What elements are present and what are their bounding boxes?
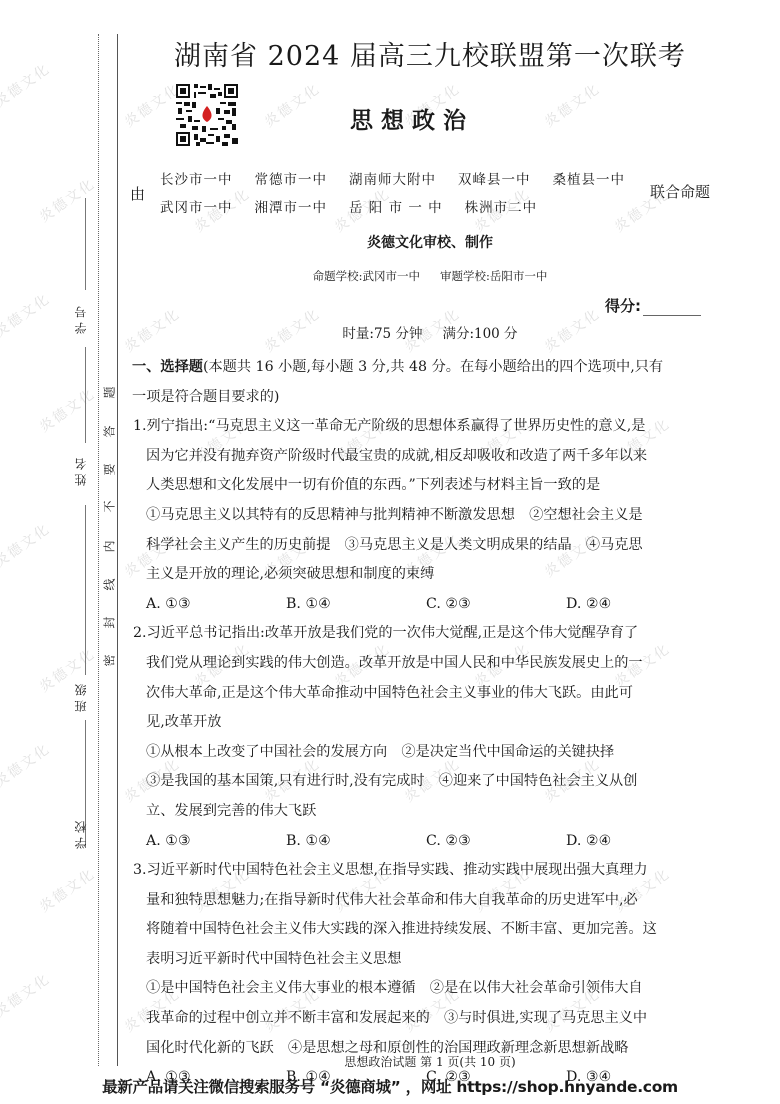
stem-text: 次伟大革命,正是这个伟大革命推动中国特色社会主义事业的伟大飞跃。由此可 (132, 679, 722, 709)
seal-char: 封 (101, 615, 118, 631)
time-info: 时量:75 分钟满分:100 分 (120, 322, 740, 342)
watermark: 炎德文化 (0, 58, 54, 111)
by-label: 由 (130, 183, 145, 204)
student-id-label: 学 号 (72, 300, 90, 340)
score-blank[interactable] (643, 301, 701, 316)
promo-banner[interactable]: 最新产品请关注微信搜索服务号 “炎德商城” ，网址 https://shop.h… (0, 1075, 780, 1097)
statement-text: ③是我国的基本国策,只有进行时,没有完成时 ④迎来了中国特色社会主义从创 (132, 767, 722, 797)
section-title: 一、选择题 (132, 359, 203, 375)
class-fill-line[interactable] (85, 505, 86, 675)
school-name: 岳 阳 市 一 中 (349, 196, 443, 216)
score-label: 得分: (605, 297, 641, 315)
seal-char: 要 (101, 462, 118, 478)
watermark: 炎德文化 (0, 288, 54, 341)
watermark: 炎德文化 (0, 738, 54, 791)
statement-text: ①是中国特色社会主义伟大事业的根本遵循 ②是在以伟大社会革命引领伟大自 (132, 974, 722, 1004)
option-a[interactable]: A. ①③ (146, 590, 286, 620)
stem-text: 见,改革开放 (132, 708, 722, 738)
student-id-fill-line[interactable] (85, 198, 86, 290)
stem-text: 量和独特思想魅力;在指导新时代伟大社会革命和伟大自我革命的历史进军中,必 (132, 886, 722, 916)
school-name: 武冈市一中 (160, 196, 233, 216)
watermark: 炎德文化 (35, 863, 99, 916)
question-2: 2.习近平总书记指出:改革开放是我们党的一次伟大觉醒,正是这个伟大觉醒孕育了 我… (132, 619, 722, 856)
option-d[interactable]: D. ②④ (566, 827, 706, 857)
school-name: 双峰县一中 (458, 168, 531, 188)
full-score: 满分:100 分 (442, 326, 517, 342)
seal-char: 内 (101, 539, 118, 555)
answer-options: A. ①③B. ①④C. ②③D. ②④ (132, 827, 722, 857)
school-name: 长沙市一中 (160, 168, 233, 188)
maker-label: 炎德文化审校、制作 (120, 232, 740, 252)
stem-text: 列宁指出:“马克思主义这一革命无产阶级的思想体系赢得了世界历史性的意义,是 (147, 418, 646, 434)
watermark: 炎德文化 (540, 78, 604, 131)
stem-text: 习近平新时代中国特色社会主义思想,在指导实践、推动实践中展现出强大真理力 (147, 862, 648, 878)
qr-code-icon[interactable] (176, 84, 238, 146)
name-label: 姓 名 (72, 452, 90, 492)
watermark: 炎德文化 (0, 968, 54, 1021)
stem-text: 人类思想和文化发展中一切有价值的东西。”下列表述与材料主旨一致的是 (132, 471, 722, 501)
stem-text: 将随着中国特色社会主义伟大实践的深入推进持续发展、不断丰富、更加完善。这 (132, 915, 722, 945)
seal-char: 题 (101, 385, 118, 401)
statement-text: 主义是开放的理论,必须突破思想和制度的束缚 (132, 560, 722, 590)
section-heading: 一、选择题(本题共 16 小题,每小题 3 分,共 48 分。在每小题给出的四个… (132, 353, 722, 383)
exam-title: 湖南省 2024 届高三九校联盟第一次联考 (130, 34, 730, 73)
stem-text: 表明习近平新时代中国特色社会主义思想 (132, 945, 722, 975)
stem-text: 习近平总书记指出:改革开放是我们党的一次伟大觉醒,正是这个伟大觉醒孕育了 (147, 625, 639, 641)
joint-label: 联合命题 (650, 181, 710, 202)
school-name: 株洲市二中 (465, 196, 538, 216)
watermark: 炎德文化 (0, 518, 54, 571)
page-number: 思想政治试题 第 1 页(共 10 页) (120, 1053, 740, 1070)
question-stem-line: 1.列宁指出:“马克思主义这一革命无产阶级的思想体系赢得了世界历史性的意义,是 (132, 412, 722, 442)
seal-char: 答 (101, 424, 118, 440)
statement-text: 立、发展到完善的伟大飞跃 (132, 797, 722, 827)
duration: 时量:75 分钟 (342, 326, 422, 342)
watermark: 炎德文化 (120, 78, 184, 131)
school-list-row-2: 武冈市一中湘潭市一中岳 阳 市 一 中株洲市二中 (160, 196, 559, 216)
option-b[interactable]: B. ①④ (286, 590, 426, 620)
school-label: 学 校 (72, 810, 90, 860)
question-number: 1. (133, 418, 147, 434)
section-instructions-cont: 一项是符合题目要求的) (132, 383, 722, 413)
question-number: 2. (133, 625, 147, 641)
name-fill-line[interactable] (85, 347, 86, 443)
question-stem-line: 3.习近平新时代中国特色社会主义思想,在指导实践、推动实践中展现出强大真理力 (132, 856, 722, 886)
seal-char: 不 (101, 499, 118, 515)
score-field: 得分: (605, 295, 701, 316)
seal-char: 线 (101, 577, 118, 593)
option-b[interactable]: B. ①④ (286, 827, 426, 857)
question-number: 3. (133, 862, 147, 878)
stem-text: 我们党从理论到实践的伟大创造。改革开放是中国人民和中华民族发展史上的一 (132, 649, 722, 679)
watermark: 炎德文化 (35, 383, 99, 436)
option-d[interactable]: D. ②④ (566, 590, 706, 620)
statement-text: ①马克思主义以其特有的反思精神与批判精神不断激发思想 ②空想社会主义是 (132, 501, 722, 531)
setter-reviewer-info: 命题学校:武冈市一中审题学校:岳阳市一中 (120, 268, 740, 284)
school-name: 湘潭市一中 (255, 196, 328, 216)
school-name: 桑植县一中 (553, 168, 626, 188)
exam-body: 一、选择题(本题共 16 小题,每小题 3 分,共 48 分。在每小题给出的四个… (132, 353, 722, 1093)
reviewer-school: 审题学校:岳阳市一中 (440, 269, 547, 283)
school-name: 湖南师大附中 (349, 168, 436, 188)
answer-options: A. ①③B. ①④C. ②③D. ②④ (132, 590, 722, 620)
option-c[interactable]: C. ②③ (426, 827, 566, 857)
statement-text: 我革命的过程中创立并不断丰富和发展起来的 ③与时俱进,实现了马克思主义中 (132, 1004, 722, 1034)
class-label: 班 级 (72, 678, 90, 718)
watermark: 炎德文化 (35, 173, 99, 226)
statement-text: 科学社会主义产生的历史前提 ③马克思主义是人类文明成果的结晶 ④马克思 (132, 531, 722, 561)
option-a[interactable]: A. ①③ (146, 827, 286, 857)
option-c[interactable]: C. ②③ (426, 590, 566, 620)
question-stem-line: 2.习近平总书记指出:改革开放是我们党的一次伟大觉醒,正是这个伟大觉醒孕育了 (132, 619, 722, 649)
setter-school: 命题学校:武冈市一中 (313, 269, 420, 283)
cut-line-dotted (98, 34, 99, 1066)
seal-char: 密 (101, 653, 118, 669)
statement-text: ①从根本上改变了中国社会的发展方向 ②是决定当代中国命运的关键抉择 (132, 738, 722, 768)
section-instructions: (本题共 16 小题,每小题 3 分,共 48 分。在每小题给出的四个选项中,只… (203, 359, 663, 375)
question-1: 1.列宁指出:“马克思主义这一革命无产阶级的思想体系赢得了世界历史性的意义,是 … (132, 412, 722, 619)
watermark: 炎德文化 (260, 78, 324, 131)
stem-text: 因为它并没有抛弃资产阶级时代最宝贵的成就,相反却吸收和改造了两千多年以来 (132, 442, 722, 472)
school-name: 常德市一中 (255, 168, 328, 188)
subject-title: 思想政治 (350, 102, 474, 135)
school-list-row-1: 长沙市一中常德市一中湖南师大附中双峰县一中桑植县一中 (160, 168, 647, 188)
